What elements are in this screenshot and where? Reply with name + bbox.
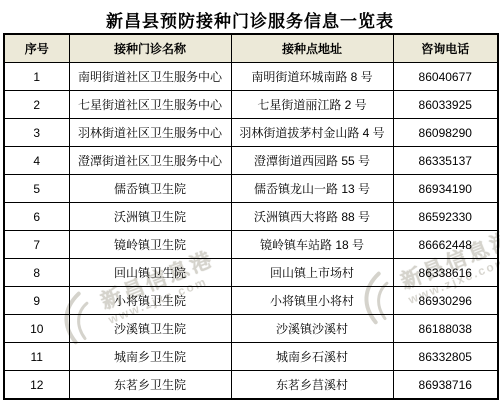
- clinic-name-cell: 沃洲镇卫生院: [69, 203, 231, 231]
- header-phone: 咨询电话: [393, 34, 498, 63]
- vaccination-info-table: 序号 接种门诊名称 接种点地址 咨询电话 1南明街道社区卫生服务中心南明街道环城…: [3, 33, 499, 400]
- phone-cell: 86934190: [393, 175, 498, 203]
- row-number-cell: 1: [4, 63, 69, 91]
- row-number-cell: 9: [4, 287, 69, 315]
- clinic-name-cell: 澄潭街道社区卫生服务中心: [69, 147, 231, 175]
- header-address: 接种点地址: [231, 34, 393, 63]
- table-row: 12东茗乡卫生院东茗乡莒溪村86938716: [4, 371, 498, 400]
- phone-cell: 86332805: [393, 343, 498, 371]
- table-row: 9小将镇卫生院小将镇里小将村86930296: [4, 287, 498, 315]
- page: 新昌信息港 www.zjxc.com 新昌信息港 www.zjxc.com 新昌…: [0, 0, 500, 404]
- page-title: 新昌县预防接种门诊服务信息一览表: [0, 0, 500, 32]
- phone-cell: 86930296: [393, 287, 498, 315]
- phone-cell: 86338616: [393, 259, 498, 287]
- phone-cell: 86098290: [393, 119, 498, 147]
- row-number-cell: 7: [4, 231, 69, 259]
- address-cell: 沙溪镇沙溪村: [231, 315, 393, 343]
- table-row: 1南明街道社区卫生服务中心南明街道环城南路 8 号86040677: [4, 63, 498, 91]
- table-row: 2七星街道社区卫生服务中心七星街道丽江路 2 号86033925: [4, 91, 498, 119]
- row-number-cell: 2: [4, 91, 69, 119]
- row-number-cell: 6: [4, 203, 69, 231]
- clinic-name-cell: 七星街道社区卫生服务中心: [69, 91, 231, 119]
- phone-cell: 86188038: [393, 315, 498, 343]
- clinic-name-cell: 回山镇卫生院: [69, 259, 231, 287]
- address-cell: 澄潭街道西园路 55 号: [231, 147, 393, 175]
- table-row: 10沙溪镇卫生院沙溪镇沙溪村86188038: [4, 315, 498, 343]
- header-clinic-name: 接种门诊名称: [69, 34, 231, 63]
- clinic-name-cell: 儒岙镇卫生院: [69, 175, 231, 203]
- table-row: 8回山镇卫生院回山镇上市场村86338616: [4, 259, 498, 287]
- row-number-cell: 5: [4, 175, 69, 203]
- clinic-name-cell: 镜岭镇卫生院: [69, 231, 231, 259]
- table-row: 7镜岭镇卫生院镜岭镇车站路 18 号86662448: [4, 231, 498, 259]
- phone-cell: 86335137: [393, 147, 498, 175]
- clinic-name-cell: 羽林街道社区卫生服务中心: [69, 119, 231, 147]
- row-number-cell: 10: [4, 315, 69, 343]
- table-row: 4澄潭街道社区卫生服务中心澄潭街道西园路 55 号86335137: [4, 147, 498, 175]
- phone-cell: 86033925: [393, 91, 498, 119]
- clinic-name-cell: 东茗乡卫生院: [69, 371, 231, 400]
- address-cell: 南明街道环城南路 8 号: [231, 63, 393, 91]
- address-cell: 东茗乡莒溪村: [231, 371, 393, 400]
- vaccination-table-body: 1南明街道社区卫生服务中心南明街道环城南路 8 号860406772七星街道社区…: [4, 63, 498, 400]
- clinic-name-cell: 小将镇卫生院: [69, 287, 231, 315]
- table-header-row: 序号 接种门诊名称 接种点地址 咨询电话: [4, 34, 498, 63]
- table-row: 5儒岙镇卫生院儒岙镇龙山一路 13 号86934190: [4, 175, 498, 203]
- header-row-number: 序号: [4, 34, 69, 63]
- address-cell: 沃洲镇西大将路 88 号: [231, 203, 393, 231]
- address-cell: 城南乡石溪村: [231, 343, 393, 371]
- clinic-name-cell: 沙溪镇卫生院: [69, 315, 231, 343]
- phone-cell: 86662448: [393, 231, 498, 259]
- row-number-cell: 12: [4, 371, 69, 400]
- phone-cell: 86040677: [393, 63, 498, 91]
- row-number-cell: 8: [4, 259, 69, 287]
- phone-cell: 86592330: [393, 203, 498, 231]
- row-number-cell: 3: [4, 119, 69, 147]
- table-row: 11城南乡卫生院城南乡石溪村86332805: [4, 343, 498, 371]
- table-row: 6沃洲镇卫生院沃洲镇西大将路 88 号86592330: [4, 203, 498, 231]
- address-cell: 羽林街道拔茅村金山路 4 号: [231, 119, 393, 147]
- address-cell: 回山镇上市场村: [231, 259, 393, 287]
- address-cell: 小将镇里小将村: [231, 287, 393, 315]
- address-cell: 儒岙镇龙山一路 13 号: [231, 175, 393, 203]
- phone-cell: 86938716: [393, 371, 498, 400]
- address-cell: 七星街道丽江路 2 号: [231, 91, 393, 119]
- clinic-name-cell: 城南乡卫生院: [69, 343, 231, 371]
- address-cell: 镜岭镇车站路 18 号: [231, 231, 393, 259]
- row-number-cell: 11: [4, 343, 69, 371]
- row-number-cell: 4: [4, 147, 69, 175]
- table-row: 3羽林街道社区卫生服务中心羽林街道拔茅村金山路 4 号86098290: [4, 119, 498, 147]
- clinic-name-cell: 南明街道社区卫生服务中心: [69, 63, 231, 91]
